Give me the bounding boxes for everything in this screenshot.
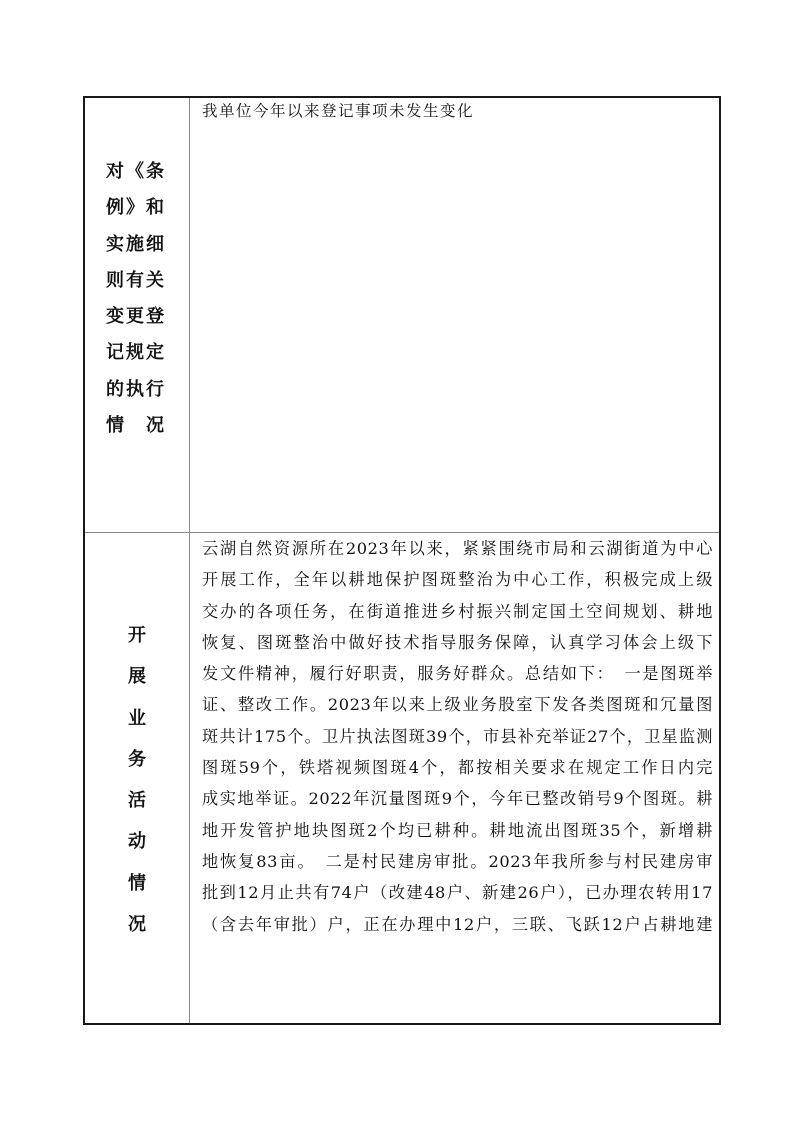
label-char: 开 bbox=[85, 615, 189, 656]
row-label-business-activities: 开 展 业 务 活 动 情 况 bbox=[85, 533, 189, 945]
label-line: 例》和 bbox=[106, 190, 189, 226]
label-char: 展 bbox=[85, 656, 189, 697]
paragraph-line: 地开发管护地块图斑2个均已耕种。耕地流出图斑35个，新增耕 bbox=[202, 815, 713, 846]
label-char: 业 bbox=[85, 698, 189, 739]
paragraph-line: 批到12月止共有74户（改建48户、新建26户），已办理农转用17 bbox=[202, 877, 713, 908]
paragraph-line: 云湖自然资源所在2023年以来，紧紧围绕市局和云湖街道为中心 bbox=[202, 533, 713, 564]
paragraph-line: 地恢复83亩。 二是村民建房审批。2023年我所参与村民建房审 bbox=[202, 846, 713, 877]
label-char: 动 bbox=[85, 821, 189, 862]
table-row-business-activities: 开 展 业 务 活 动 情 况 云湖自然资源所在2023年以来，紧紧围绕市局和云… bbox=[84, 533, 720, 1025]
paragraph-line: 图斑59个，铁塔视频图斑4个，都按相关要求在规定工作日内完 bbox=[202, 752, 713, 783]
row-content-cell: 我单位今年以来登记事项未发生变化 bbox=[190, 97, 721, 533]
row-content-cell: 云湖自然资源所在2023年以来，紧紧围绕市局和云湖街道为中心 开展工作，全年以耕… bbox=[190, 533, 721, 1025]
paragraph-line: （含去年审批）户，正在办理中12户，三联、飞跃12户占耕地建 bbox=[202, 909, 713, 940]
paragraph-line: 发文件精神，履行好职责，服务好群众。总结如下： 一是图斑举 bbox=[202, 658, 713, 689]
label-char: 况 bbox=[85, 904, 189, 945]
registration-changes-text: 我单位今年以来登记事项未发生变化 bbox=[190, 98, 719, 122]
paragraph-line: 开展工作，全年以耕地保护图斑整治为中心工作，积极完成上级 bbox=[202, 564, 713, 595]
label-char: 活 bbox=[85, 780, 189, 821]
label-line: 的执行 bbox=[106, 372, 189, 408]
row-label-cell: 对《条 例》和 实施细 则有关 变更登 记规定 的执行 情 况 bbox=[84, 97, 190, 533]
business-activities-text: 云湖自然资源所在2023年以来，紧紧围绕市局和云湖街道为中心 开展工作，全年以耕… bbox=[190, 533, 719, 940]
paragraph-line: 证、整改工作。2023年以来上级业务股室下发各类图斑和冗量图 bbox=[202, 689, 713, 720]
label-line: 情 况 bbox=[106, 408, 189, 444]
table-row-registration-changes: 对《条 例》和 实施细 则有关 变更登 记规定 的执行 情 况 我单位今年以来登… bbox=[84, 97, 720, 533]
paragraph-line: 交办的各项任务，在街道推进乡村振兴制定国土空间规划、耕地 bbox=[202, 596, 713, 627]
row-label-registration-changes: 对《条 例》和 实施细 则有关 变更登 记规定 的执行 情 况 bbox=[85, 98, 189, 444]
label-line: 实施细 bbox=[106, 227, 189, 263]
paragraph-line: 成实地举证。2022年沉量图斑9个，今年已整改销号9个图斑。耕 bbox=[202, 783, 713, 814]
label-line: 对《条 bbox=[106, 154, 189, 190]
row-label-cell: 开 展 业 务 活 动 情 况 bbox=[84, 533, 190, 1025]
label-line: 则有关 bbox=[106, 263, 189, 299]
label-line: 变更登 bbox=[106, 299, 189, 335]
paragraph-line: 恢复、图斑整治中做好技术指导服务保障，认真学习体会上级下 bbox=[202, 627, 713, 658]
label-char: 务 bbox=[85, 739, 189, 780]
registration-report-table: 对《条 例》和 实施细 则有关 变更登 记规定 的执行 情 况 我单位今年以来登… bbox=[83, 96, 721, 1025]
paragraph-line: 斑共计175个。卫片执法图斑39个，市县补充举证27个，卫星监测 bbox=[202, 721, 713, 752]
label-char: 情 bbox=[85, 863, 189, 904]
document-page: 对《条 例》和 实施细 则有关 变更登 记规定 的执行 情 况 我单位今年以来登… bbox=[0, 0, 794, 1122]
label-line: 记规定 bbox=[106, 335, 189, 371]
